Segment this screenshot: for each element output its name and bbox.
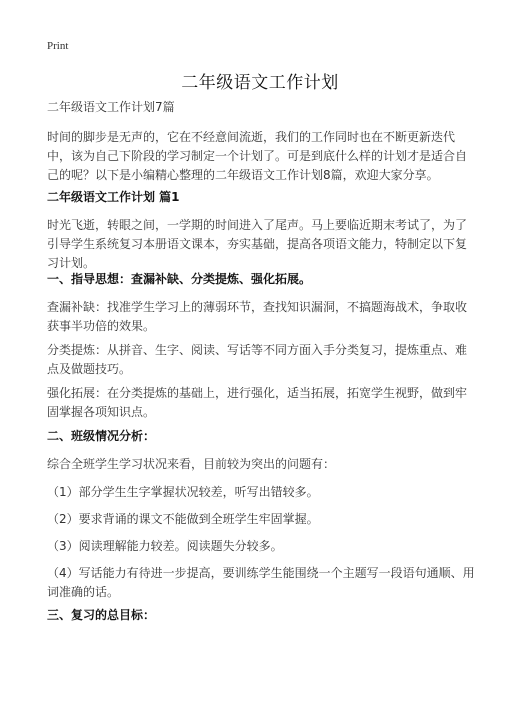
list-item: （2）要求背诵的课文不能做到全班学生牢固掌握。	[47, 510, 475, 529]
paragraph-strengthen: 强化拓展：在分类提炼的基础上，进行强化，适当拓展，拓宽学生视野，做到牢固掌握各项…	[47, 384, 475, 422]
list-item: （1）部分学生生字掌握状况较差，听写出错较多。	[47, 483, 475, 502]
subtitle: 二年级语文工作计划7篇	[47, 98, 475, 117]
list-item: （3）阅读理解能力较差。阅读题失分较多。	[47, 537, 475, 556]
print-label[interactable]: Print	[47, 40, 68, 52]
paragraph-analysis-intro: 综合全班学生学习状况来看，目前较为突出的问题有：	[47, 455, 475, 474]
section-paragraph: 时光飞逝，转眼之间，一学期的时间进入了尾声。马上要临近期末考试了，为了引导学生系…	[47, 216, 475, 273]
list-item: （4）写话能力有待进一步提高，要训练学生能围绕一个主题写一段语句通顺、用词准确的…	[47, 564, 475, 602]
heading-class-analysis: 二、班级情况分析：	[47, 427, 475, 446]
intro-paragraph: 时间的脚步是无声的，它在不经意间流逝，我们的工作同时也在不断更新迭代中，该为自己…	[47, 128, 475, 185]
page-title: 二年级语文工作计划	[47, 68, 473, 93]
section-heading: 二年级语文工作计划 篇1	[47, 188, 475, 207]
heading-review-goals: 三、复习的总目标：	[47, 606, 475, 625]
paragraph-classify: 分类提炼：从拼音、生字、阅读、写话等不同方面入手分类复习，提炼重点、难点及做题技…	[47, 341, 475, 379]
heading-guiding-idea: 一、指导思想：查漏补缺、分类提炼、强化拓展。	[47, 270, 475, 289]
paragraph-fill-gaps: 查漏补缺：找准学生学习上的薄弱环节，查找知识漏洞，不搞题海战术，争取收获事半功倍…	[47, 298, 475, 336]
